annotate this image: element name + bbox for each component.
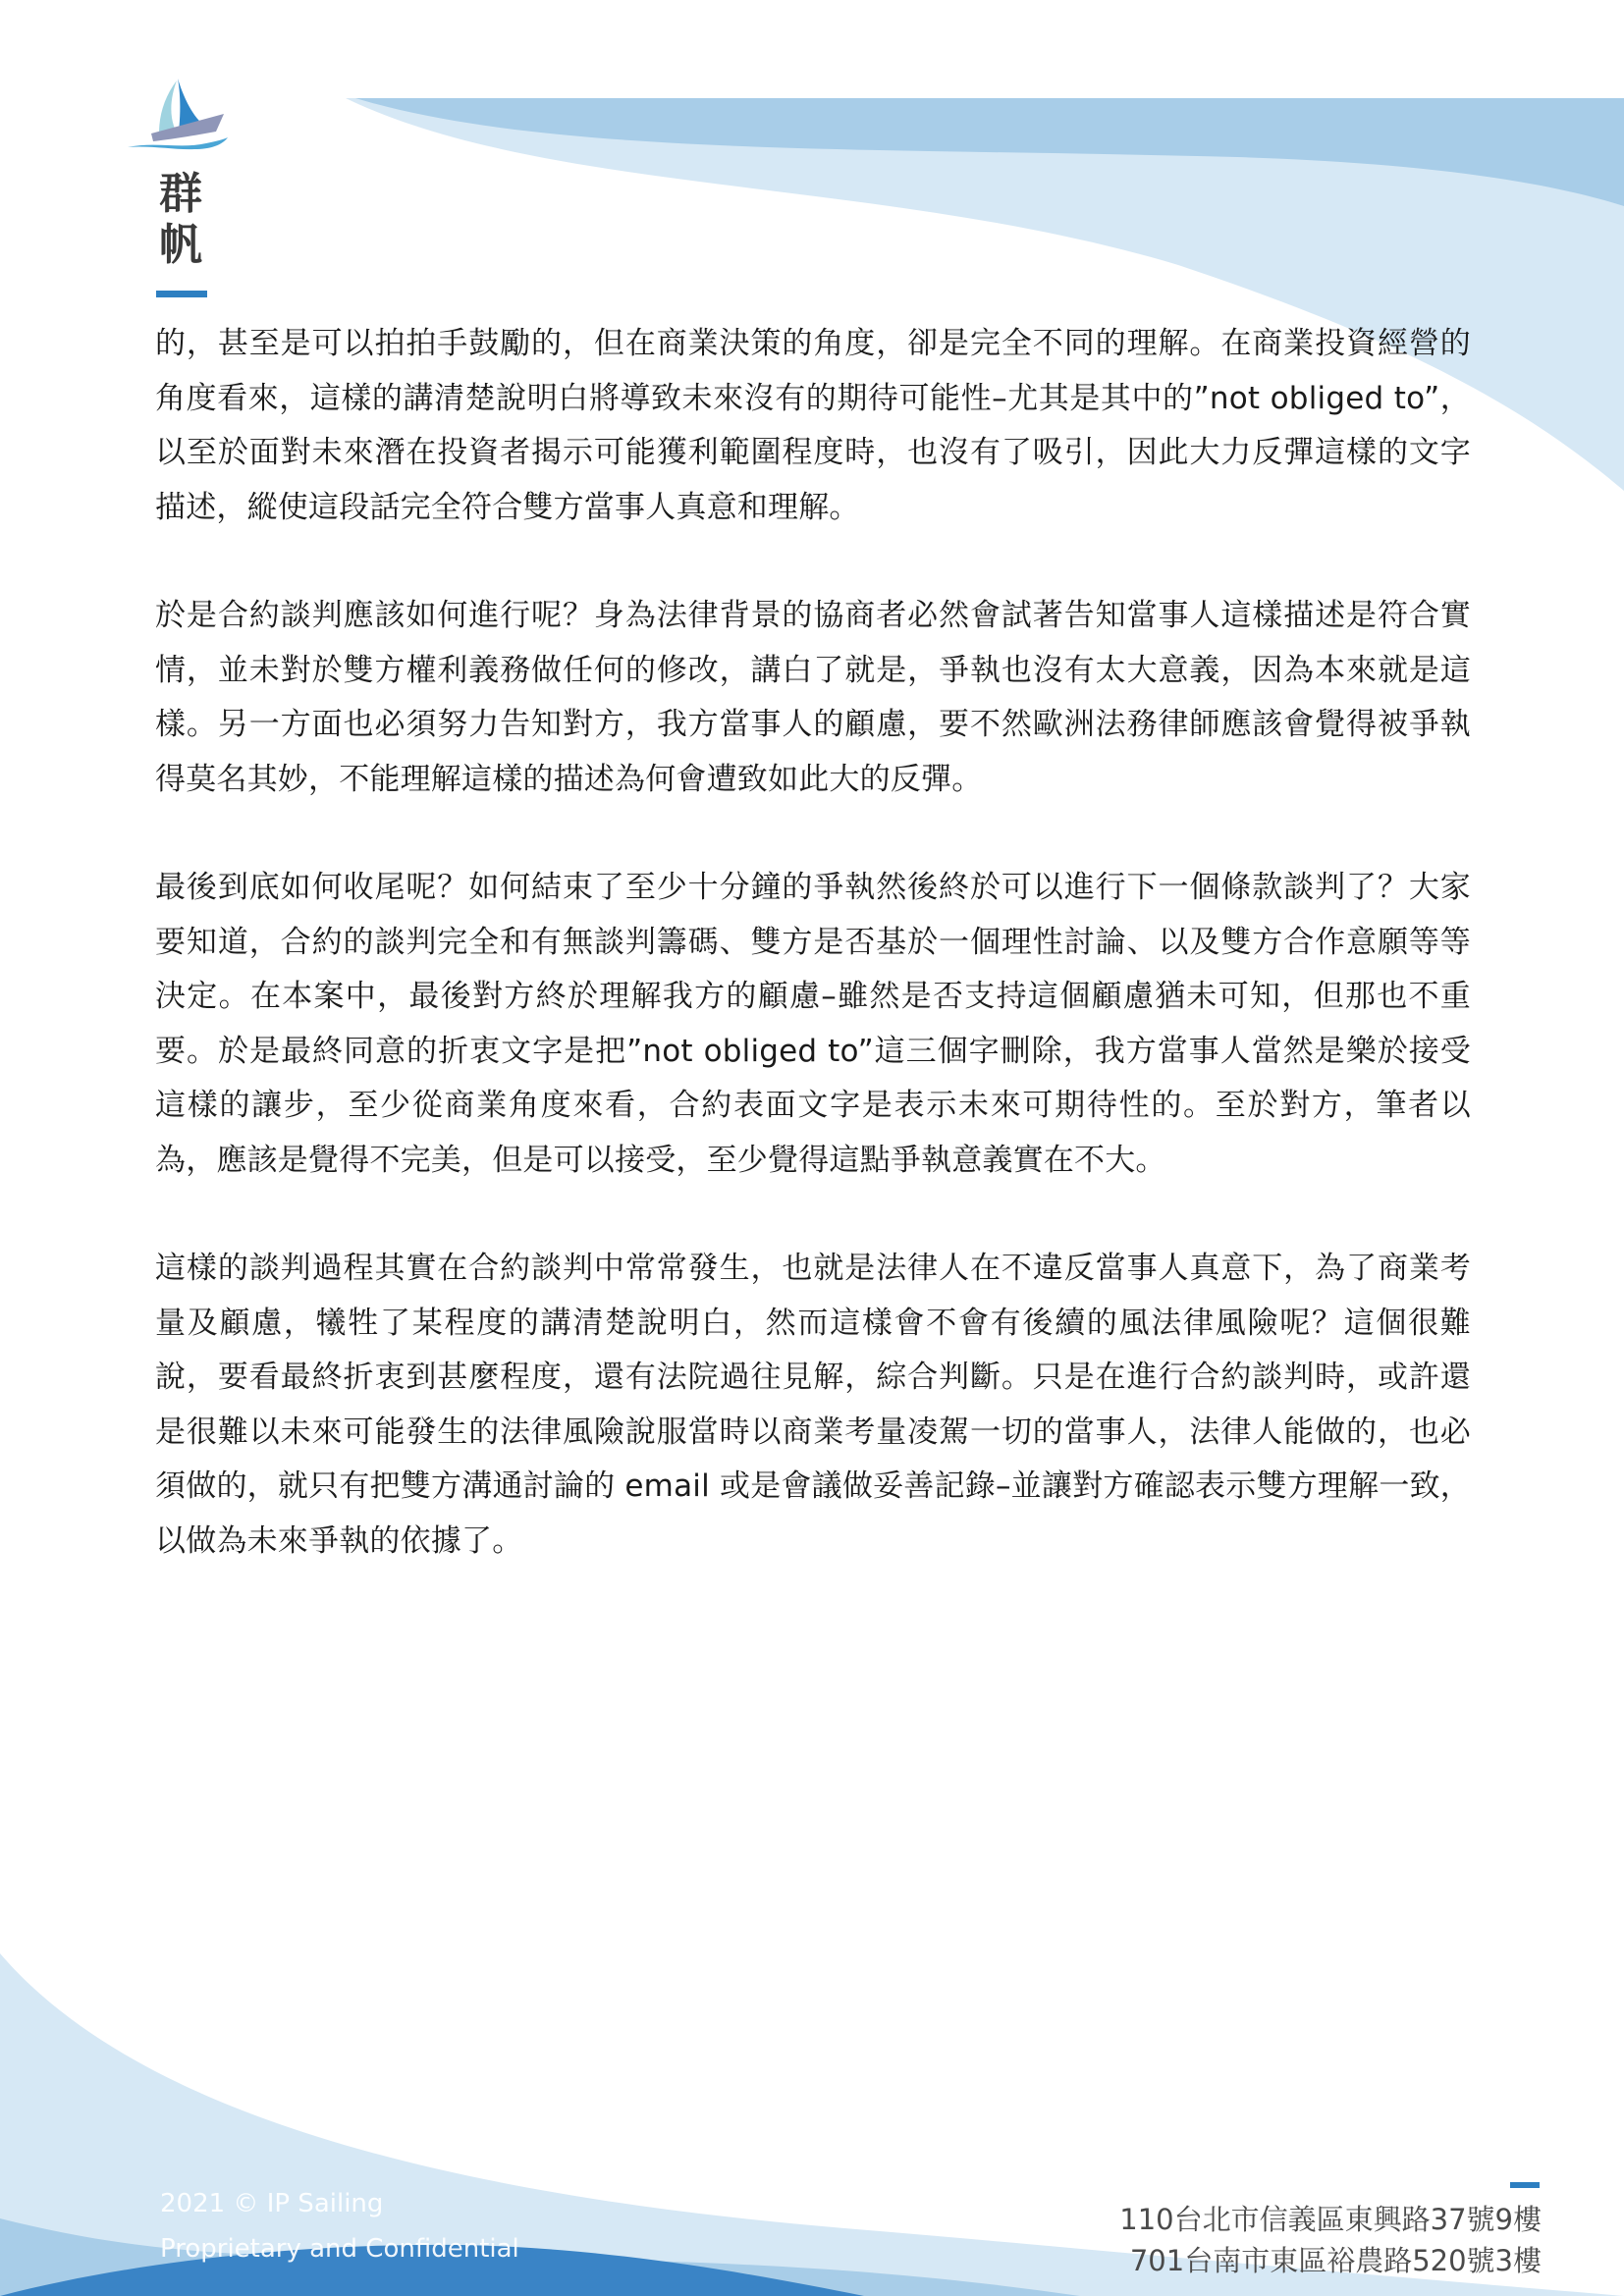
- brand-accent-bar: [156, 291, 207, 297]
- confidential-text: Proprietary and Confidential: [160, 2226, 519, 2271]
- footer-address-block: 110台北市信義區東興路37號9樓 701台南市東區裕農路520號3樓: [1119, 2199, 1542, 2281]
- paragraph-4: 這樣的談判過程其實在合約談判中常常發生，也就是法律人在不違反當事人真意下，為了商…: [155, 1242, 1471, 1569]
- brand-char-1: 群: [153, 169, 208, 220]
- footer-accent-bar: [1510, 2182, 1540, 2188]
- address-tainan: 701台南市東區裕農路520號3樓: [1119, 2240, 1542, 2281]
- logo: [126, 75, 230, 155]
- brand-char-2: 帆: [153, 220, 208, 271]
- footer-copyright-block: 2021 © IP Sailing Proprietary and Confid…: [160, 2181, 519, 2271]
- brand-name: 群 帆: [153, 169, 208, 271]
- copyright-text: 2021 © IP Sailing: [160, 2181, 519, 2226]
- paragraph-2: 於是合約談判應該如何進行呢？身為法律背景的協商者必然會試著告知當事人這樣描述是符…: [155, 589, 1471, 807]
- sailboat-icon: [126, 75, 230, 155]
- address-taipei: 110台北市信義區東興路37號9樓: [1119, 2199, 1542, 2240]
- article-body: 的，甚至是可以拍拍手鼓勵的，但在商業決策的角度，卻是完全不同的理解。在商業投資經…: [155, 317, 1471, 1623]
- paragraph-1: 的，甚至是可以拍拍手鼓勵的，但在商業決策的角度，卻是完全不同的理解。在商業投資經…: [155, 317, 1471, 535]
- paragraph-3: 最後到底如何收尾呢？如何結束了至少十分鐘的爭執然後終於可以進行下一個條款談判了？…: [155, 861, 1471, 1188]
